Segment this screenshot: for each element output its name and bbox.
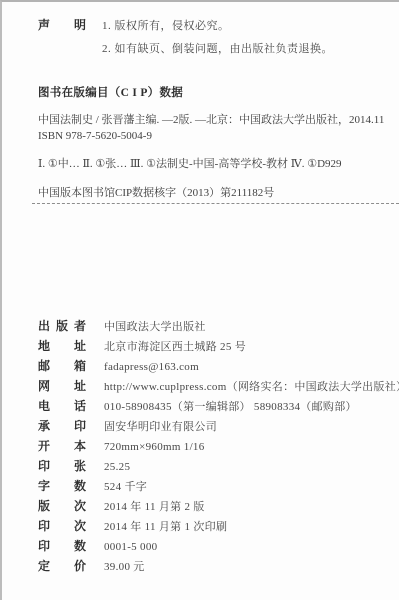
declaration-items: 1. 版权所有，侵权必究。 2. 如有缺页、倒装问题，由出版社负责退换。 xyxy=(102,15,333,61)
colophon-value: 2014 年 11 月第 2 版 xyxy=(104,497,205,517)
colophon-label: 邮箱 xyxy=(38,356,86,376)
colophon-value: 39.00 元 xyxy=(104,557,145,577)
cip-heading: 图书在版编目（C I P）数据 xyxy=(38,84,390,100)
dashed-divider-line xyxy=(32,203,399,204)
colophon-value: 010-58908435（第一编辑部） 58908334（邮购部） xyxy=(104,397,357,417)
colophon-label: 印次 xyxy=(38,516,86,536)
colophon-label: 承印 xyxy=(38,416,86,436)
colophon-value: 0001-5 000 xyxy=(104,537,157,557)
colophon-value: 中国政法大学出版社 xyxy=(104,317,206,337)
colophon-row-phone: 电话 010-58908435（第一编辑部） 58908334（邮购部） xyxy=(38,396,389,416)
colophon-label: 印张 xyxy=(38,456,86,476)
cip-paragraph: 中国法制史 / 张晋藩主编. —2版. —北京：中国政法大学出版社，2014.1… xyxy=(38,112,390,144)
copyright-page: 声明 1. 版权所有，侵权必究。 2. 如有缺页、倒装问题，由出版社负责退换。 … xyxy=(0,0,399,600)
colophon-value: 720mm×960mm 1/16 xyxy=(104,437,205,457)
colophon-value: 2014 年 11 月第 1 次印刷 xyxy=(104,517,227,537)
colophon-row-website: 网址 http://www.cuplpress.com（网络实名：中国政法大学出… xyxy=(38,376,389,396)
colophon-label: 出版者 xyxy=(38,316,86,336)
colophon-row-address: 地址 北京市海淀区西土城路 25 号 xyxy=(38,336,389,356)
declaration-section: 声明 1. 版权所有，侵权必究。 2. 如有缺页、倒装问题，由出版社负责退换。 xyxy=(38,15,333,61)
declaration-label: 声明 xyxy=(38,15,86,33)
declaration-item-2: 2. 如有缺页、倒装问题，由出版社负责退换。 xyxy=(102,38,333,61)
colophon-value: 固安华明印业有限公司 xyxy=(104,417,217,437)
colophon-label: 字数 xyxy=(38,476,86,496)
colophon-value: fadapress@163.com xyxy=(104,357,199,377)
colophon-label: 地址 xyxy=(38,336,86,356)
colophon-section: 出版者 中国政法大学出版社 地址 北京市海淀区西土城路 25 号 邮箱 fada… xyxy=(38,316,389,576)
colophon-label: 电话 xyxy=(38,396,86,416)
colophon-label: 印数 xyxy=(38,536,86,556)
declaration-item-1: 1. 版权所有，侵权必究。 xyxy=(102,15,333,38)
colophon-value: http://www.cuplpress.com（网络实名：中国政法大学出版社） xyxy=(104,377,399,397)
colophon-label: 开本 xyxy=(38,436,86,456)
colophon-row-wordcount: 字数 524 千字 xyxy=(38,476,389,496)
colophon-label: 版次 xyxy=(38,496,86,516)
colophon-label: 定价 xyxy=(38,556,86,576)
colophon-row-printing: 印次 2014 年 11 月第 1 次印刷 xyxy=(38,516,389,536)
colophon-value: 北京市海淀区西土城路 25 号 xyxy=(104,337,246,357)
cip-section: 图书在版编目（C I P）数据 中国法制史 / 张晋藩主编. —2版. —北京：… xyxy=(38,84,390,201)
colophon-row-edition: 版次 2014 年 11 月第 2 版 xyxy=(38,496,389,516)
cip-title-line: 中国法制史 / 张晋藩主编. —2版. —北京：中国政法大学出版社，2014.1… xyxy=(38,112,390,128)
colophon-row-price: 定价 39.00 元 xyxy=(38,556,389,576)
cip-isbn-line: ISBN 978-7-5620-5004-9 xyxy=(38,128,390,144)
colophon-row-email: 邮箱 fadapress@163.com xyxy=(38,356,389,376)
colophon-row-printrun: 印数 0001-5 000 xyxy=(38,536,389,556)
colophon-value: 524 千字 xyxy=(104,477,147,497)
colophon-row-sheets: 印张 25.25 xyxy=(38,456,389,476)
colophon-row-format: 开本 720mm×960mm 1/16 xyxy=(38,436,389,456)
colophon-row-publisher: 出版者 中国政法大学出版社 xyxy=(38,316,389,336)
cip-classification-line: Ⅰ. ①中… Ⅱ. ①张… Ⅲ. ①法制史-中国-高等学校-教材 Ⅳ. ①D92… xyxy=(38,157,390,172)
cip-record-line: 中国版本图书馆CIP数据核字（2013）第211182号 xyxy=(38,186,390,201)
colophon-label: 网址 xyxy=(38,376,86,396)
colophon-value: 25.25 xyxy=(104,457,130,477)
colophon-row-printer: 承印 固安华明印业有限公司 xyxy=(38,416,389,436)
